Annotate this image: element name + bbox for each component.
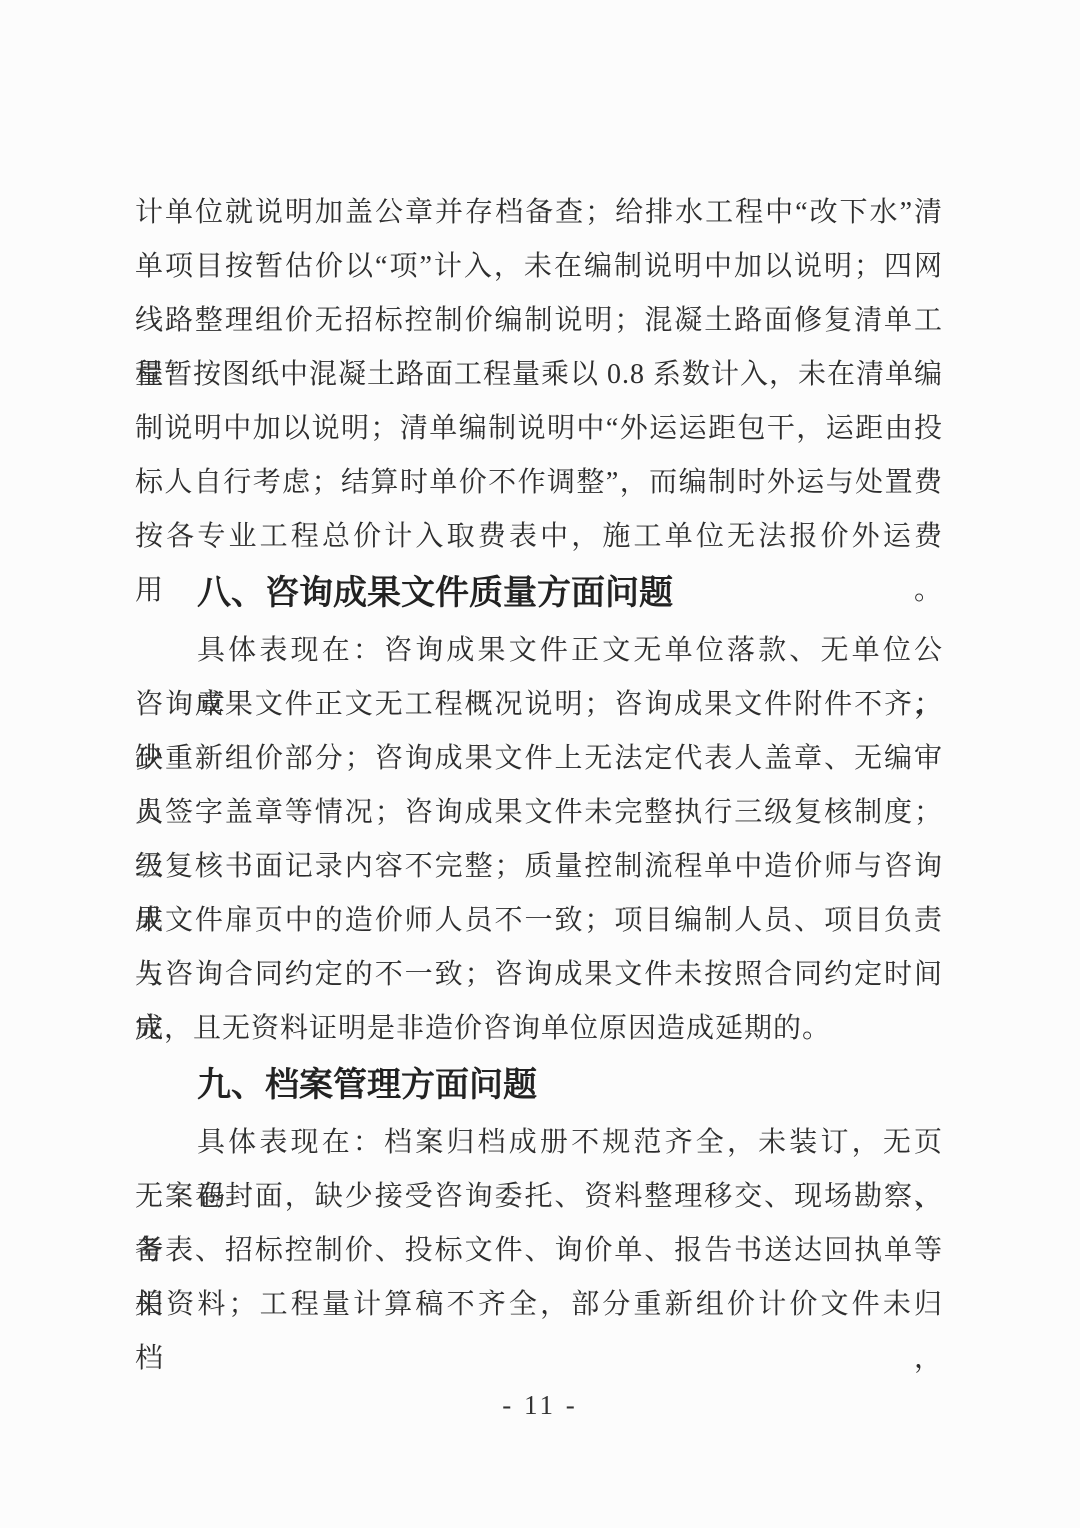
document-body: 计单位就说明加盖公章并存档备查；给排水工程中“改下水”清 单项目按暂估价以“项”… <box>135 186 943 1332</box>
body-line: 标人自行考虑；结算时单价不作调整”，而编制时外运与处置费 <box>135 456 943 510</box>
paragraph-section-9: 具体表现在：档案归档成册不规范齐全，未装订，无页码， 无案卷封面，缺少接受咨询委… <box>135 1116 943 1332</box>
body-line: 计单位就说明加盖公章并存档备查；给排水工程中“改下水”清 <box>135 186 943 240</box>
document-page: 计单位就说明加盖公章并存档备查；给排水工程中“改下水”清 单项目按暂估价以“项”… <box>0 0 1080 1528</box>
body-line: 量暂按图纸中混凝土路面工程量乘以 0.8 系数计入，未在清单编 <box>135 348 943 402</box>
body-line: 少重新组价部分；咨询成果文件上无法定代表人盖章、无编审人 <box>135 732 943 786</box>
body-line: 成，且无资料证明是非造价咨询单位原因造成延期的。 <box>135 1002 943 1056</box>
body-line: 具体表现在：咨询成果文件正文无单位落款、无单位公章； <box>135 624 943 678</box>
paragraph-section-8: 具体表现在：咨询成果文件正文无单位落款、无单位公章； 咨询成果文件正文无工程概况… <box>135 624 943 1056</box>
body-line: 线路整理组价无招标控制价编制说明；混凝土路面修复清单工程 <box>135 294 943 348</box>
body-line: 关资料；工程量计算稿不齐全，部分重新组价计价文件未归档， <box>135 1278 943 1332</box>
body-line: 单项目按暂估价以“项”计入，未在编制说明中加以说明；四网 <box>135 240 943 294</box>
body-line: 按各专业工程总价计入取费表中，施工单位无法报价外运费用。 <box>135 510 943 564</box>
body-line: 果文件扉页中的造价师人员不一致；项目编制人员、项目负责人 <box>135 894 943 948</box>
body-line: 与咨询合同约定的不一致；咨询成果文件未按照合同约定时间完 <box>135 948 943 1002</box>
body-line: 具体表现在：档案归档成册不规范齐全，未装订，无页码， <box>135 1116 943 1170</box>
section-9-heading: 九、档案管理方面问题 <box>135 1058 943 1112</box>
body-line: 咨询成果文件正文无工程概况说明；咨询成果文件附件不齐，缺 <box>135 678 943 732</box>
body-line: 无案卷封面，缺少接受咨询委托、资料整理移交、现场勘察、备 <box>135 1170 943 1224</box>
body-line: 员签字盖章等情况；咨询成果文件未完整执行三级复核制度；三 <box>135 786 943 840</box>
body-line: 考表、招标控制价、投标文件、询价单、报告书送达回执单等相 <box>135 1224 943 1278</box>
paragraph-continuation: 计单位就说明加盖公章并存档备查；给排水工程中“改下水”清 单项目按暂估价以“项”… <box>135 186 943 564</box>
page-number: - 11 - <box>0 1390 1080 1421</box>
body-line: 制说明中加以说明；清单编制说明中“外运运距包干，运距由投 <box>135 402 943 456</box>
body-line: 级复核书面记录内容不完整；质量控制流程单中造价师与咨询成 <box>135 840 943 894</box>
